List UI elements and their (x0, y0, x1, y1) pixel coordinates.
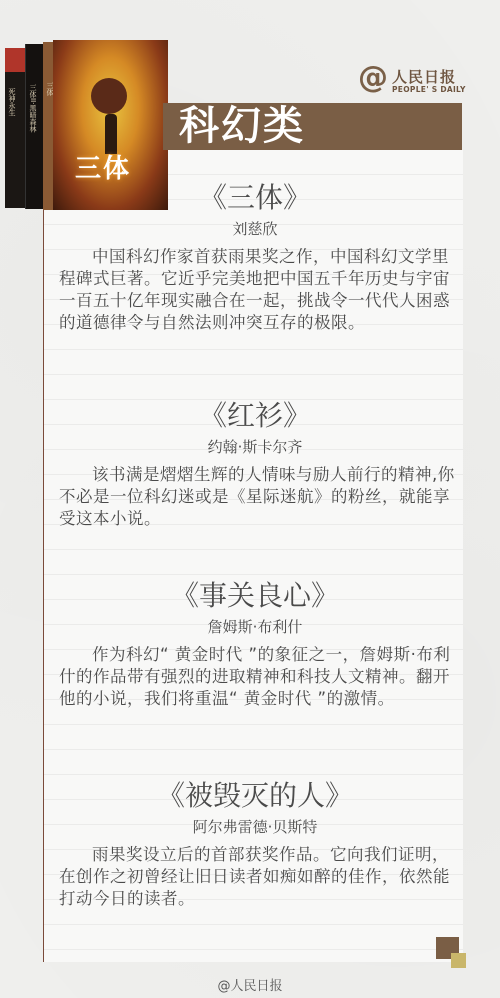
book-author: 约翰·斯卡尔齐 (55, 436, 455, 458)
book-spine-label: 三体II·黑暗森林 (28, 84, 38, 132)
logo-english: PEOPLE' S DAILY (392, 85, 466, 94)
book-description: 雨果奖设立后的首部获奖作品。它向我们证明，在创作之初曾经让旧日读者如痴如醉的佳作… (59, 844, 455, 910)
book-spine-label: 死神永生 (7, 88, 17, 116)
book-description: 该书满是熠熠生辉的人情味与励人前行的精神,你不必是一位科幻迷或是《星际迷航》的粉… (59, 464, 455, 530)
book-title: 《红衫》 (55, 398, 455, 434)
book-title: 《事关良心》 (55, 578, 455, 614)
peoples-daily-logo: @ 人民日报 PEOPLE' S DAILY (358, 62, 462, 98)
book-author: 詹姆斯·布利什 (55, 616, 455, 638)
at-symbol-icon: @ (358, 62, 388, 94)
book-entry: 《事关良心》 詹姆斯·布利什 作为科幻“ 黄金时代 ”的象征之一，詹姆斯·布利什… (55, 578, 455, 710)
book-title: 《被毁灭的人》 (55, 778, 455, 814)
cover-orb-icon (91, 78, 127, 114)
footer-watermark: @人民日报 (0, 975, 500, 994)
book-description: 中国科幻作家首获雨果奖之作，中国科幻文学里程碑式巨著。它近乎完美地把中国五千年历… (59, 246, 455, 334)
book-entry: 《红衫》 约翰·斯卡尔齐 该书满是熠熠生辉的人情味与励人前行的精神,你不必是一位… (55, 398, 455, 530)
book-entry: 《三体》 刘慈欣 中国科幻作家首获雨果奖之作，中国科幻文学里程碑式巨著。它近乎完… (55, 180, 455, 334)
logo-name: 人民日报 (392, 66, 456, 87)
book-author: 阿尔弗雷德·贝斯特 (55, 816, 455, 838)
category-title: 科幻类 (179, 103, 305, 150)
book-description: 作为科幻“ 黄金时代 ”的象征之一，詹姆斯·布利什的作品带有强烈的进取精神和科技… (59, 644, 455, 710)
book-spine-1: 死神永生 (5, 48, 27, 208)
category-banner: 科幻类 (163, 103, 462, 150)
book-author: 刘慈欣 (55, 218, 455, 240)
decorative-square-gold (451, 953, 466, 968)
book-entry: 《被毁灭的人》 阿尔弗雷德·贝斯特 雨果奖设立后的首部获奖作品。它向我们证明，在… (55, 778, 455, 910)
book-title: 《三体》 (55, 180, 455, 216)
